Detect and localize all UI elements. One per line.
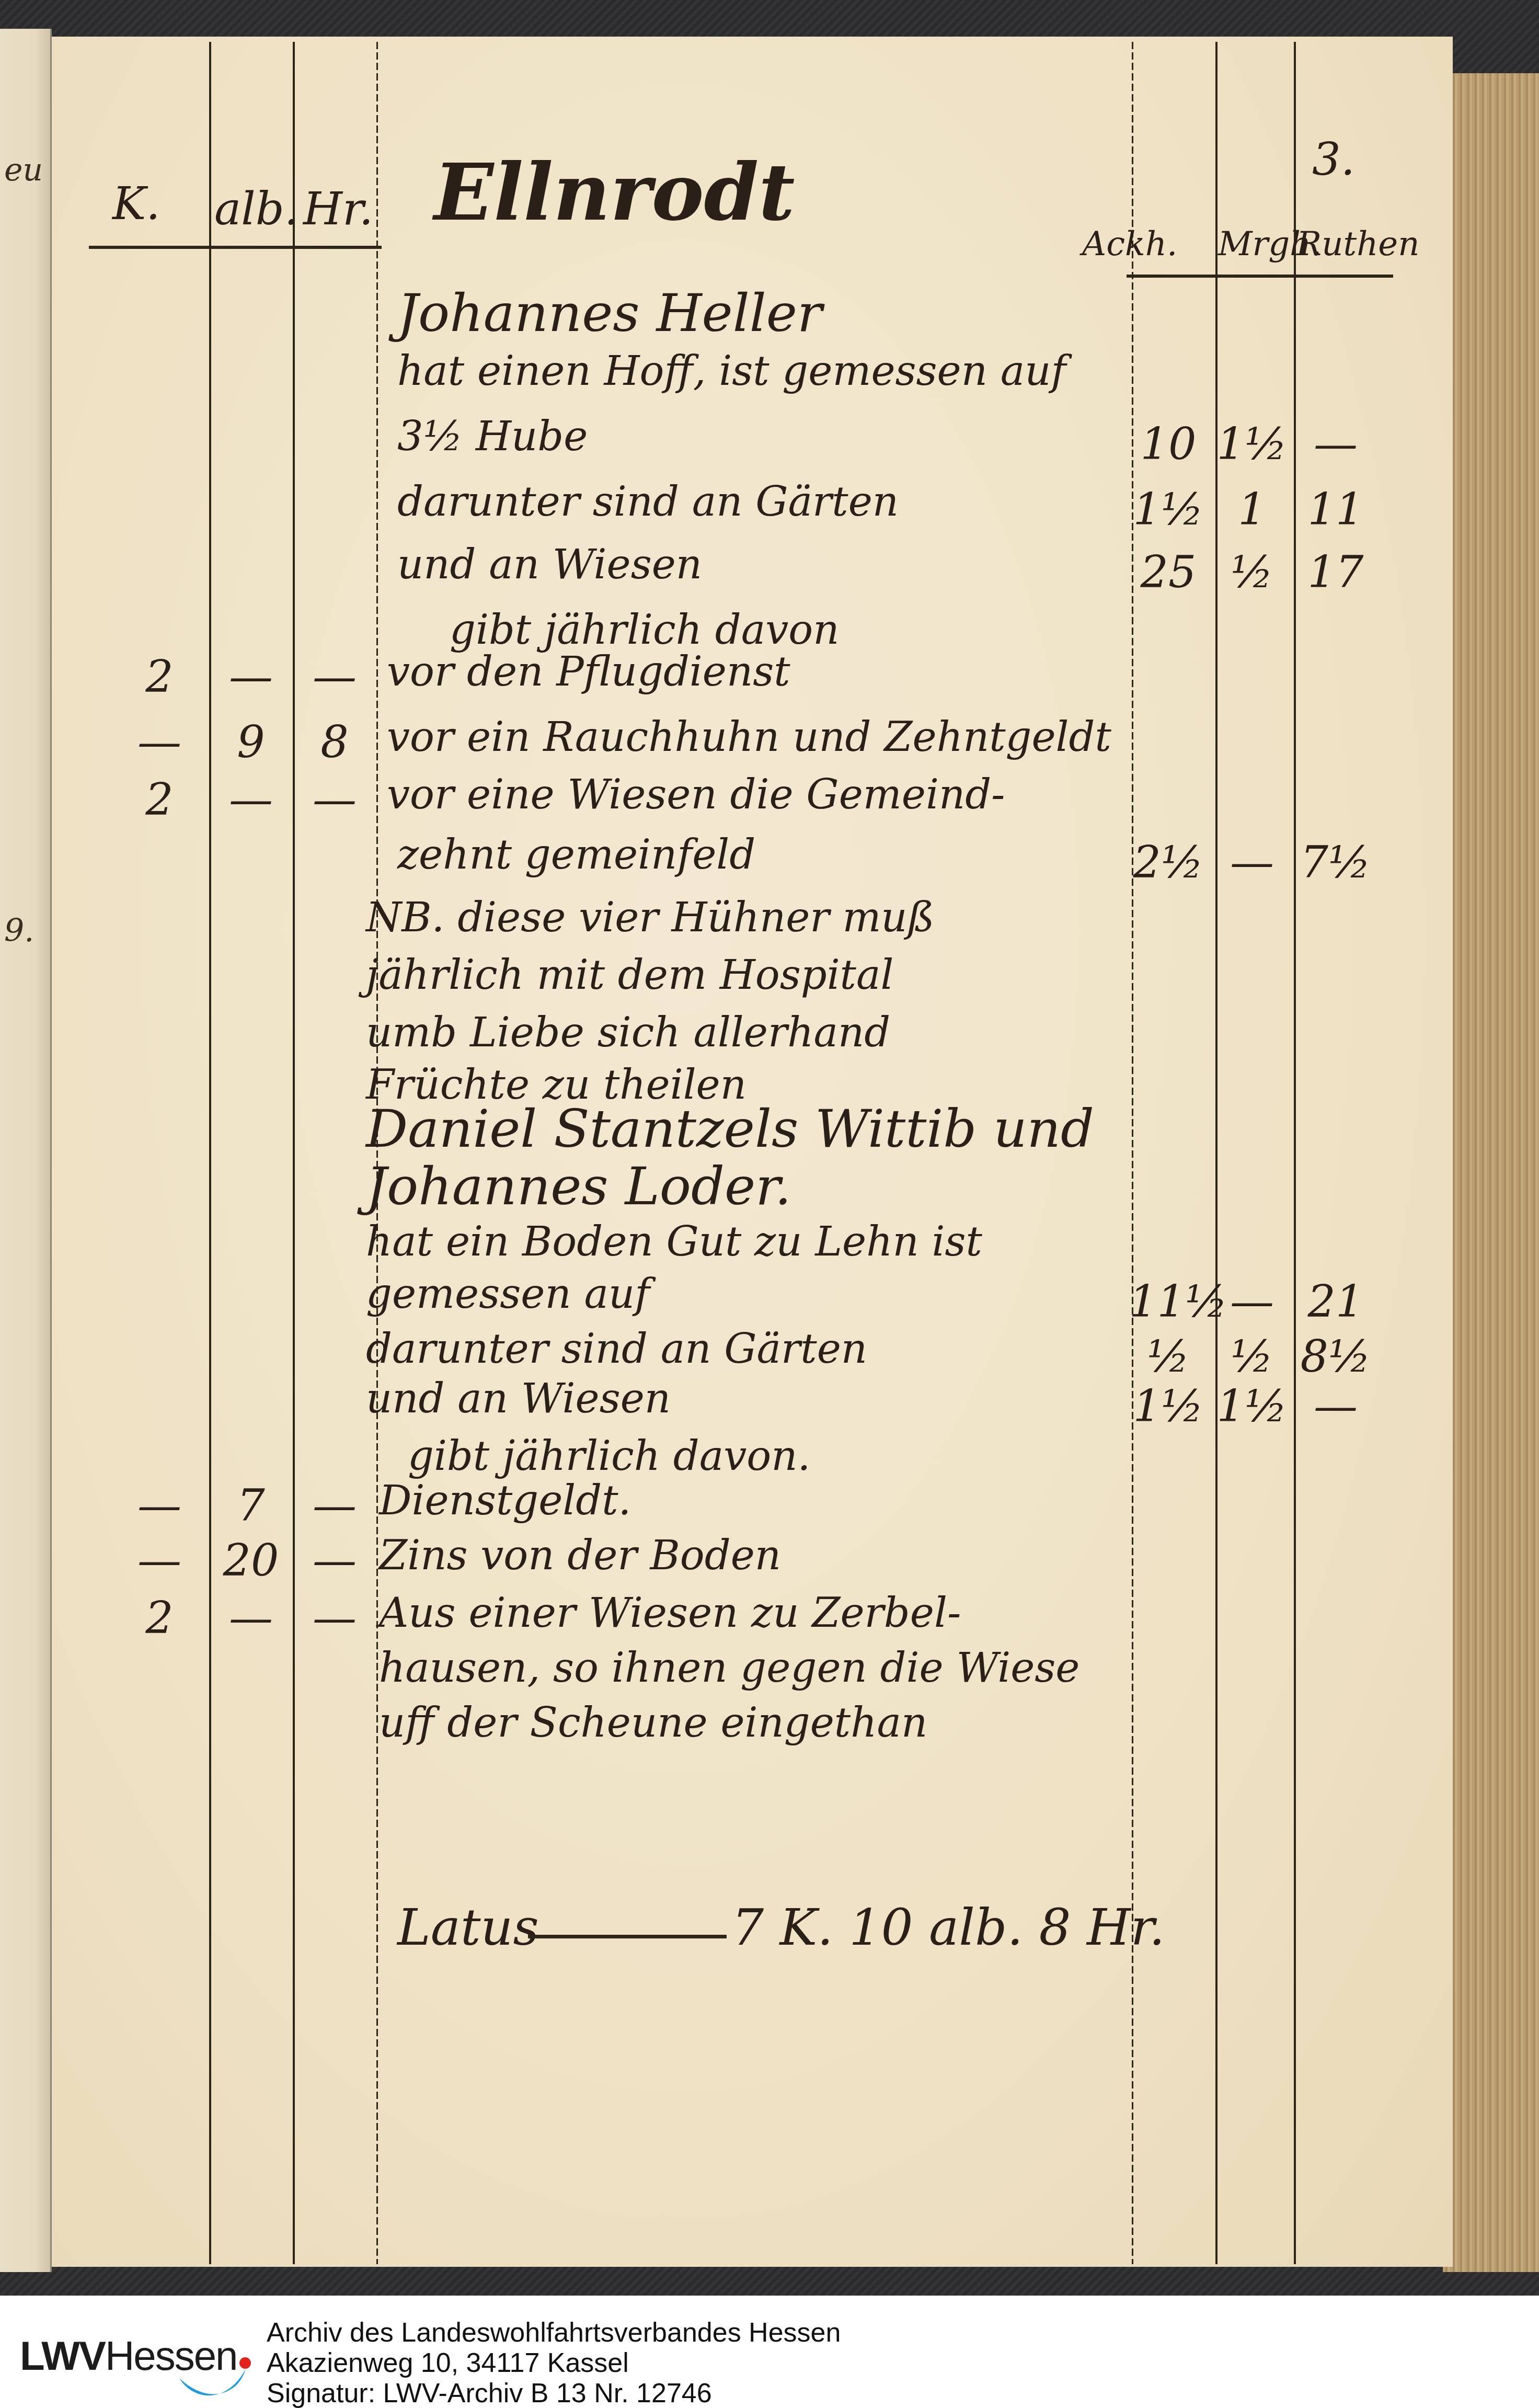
area-acker: 10 [1129,418,1208,470]
area-morgen: ½ [1213,546,1291,598]
header-currency-hr: Hr. [303,183,373,235]
area-acker: 1½ [1129,1380,1208,1432]
facing-page-fragment: eu [4,152,43,188]
amount-k: — [120,1480,199,1531]
amount-hr: — [295,1592,374,1644]
header-area-ruthen: Ruthen [1296,225,1419,264]
area-ruthen: 21 [1296,1276,1375,1327]
area-morgen: — [1213,837,1291,888]
area-ruthen: 17 [1296,546,1375,598]
area-ruthen: 8½ [1296,1331,1375,1382]
amount-hr: — [295,651,374,702]
entry-2-payment-line: Zins von der Boden [379,1532,781,1579]
header-underline-right [1127,275,1393,278]
area-acker: ½ [1129,1331,1208,1382]
archive-address: Archiv des Landeswohlfahrtsverbandes Hes… [267,2318,841,2408]
entry-1-payment-line: vor ein Rauchhuhn und Zehntgeldt [387,714,1111,761]
facing-page-edge: eu 9. [0,29,52,2272]
page-block-edge [1443,73,1539,2272]
entry-1-payment-line: zehnt gemeinfeld [397,831,755,878]
amount-hr: 8 [295,716,374,768]
amount-k: 2 [120,1592,199,1644]
total-label: Latus [397,1898,539,1957]
place-title: Ellnrodt [434,146,795,238]
area-morgen: — [1213,1276,1291,1327]
amount-alb: — [212,651,290,702]
area-ruthen: 11 [1296,484,1375,535]
entry-2-payment-line: Aus einer Wiesen zu Zerbel- [379,1590,961,1637]
total-dash [528,1935,727,1938]
entry-1-holding-line: darunter sind an Gärten [397,478,899,526]
amount-k: 2 [120,651,199,702]
area-acker: 11½ [1129,1276,1208,1327]
header-currency-alb: alb. [214,183,298,235]
entry-1-note-line: jährlich mit dem Hospital [366,952,893,999]
column-rule-acker [1215,42,1218,2264]
area-acker: 25 [1129,546,1208,598]
area-morgen: 1 [1213,484,1291,535]
column-rule-k [209,42,211,2264]
entry-1-holding-line: 3½ Hube [397,413,588,460]
area-morgen: 1½ [1213,418,1291,470]
entry-2-holding-line: und an Wiesen [366,1375,671,1422]
archive-footer: LWVHessen Archiv des Landeswohlfahrtsver… [0,2296,1539,2408]
header-underline-left [89,246,382,249]
entry-2-payment-line: Dienstgeldt. [379,1477,631,1524]
amount-k: — [120,716,199,768]
area-ruthen: — [1296,1380,1375,1432]
column-rule-morgen [1294,42,1296,2264]
entry-2-payments-intro: gibt jährlich davon. [408,1433,810,1480]
entry-1-holding-line: hat einen Hoff, ist gemessen auf [397,348,1066,395]
facing-page-fragment: 9. [4,912,34,949]
entry-2-payment-line: uff der Scheune eingethan [379,1699,927,1747]
amount-alb: — [212,774,290,825]
amount-alb: 9 [212,716,290,768]
amount-hr: — [295,1480,374,1531]
entry-1-payment-line: vor eine Wiesen die Gemeind- [387,771,1005,818]
entry-1-name: Johannes Heller [397,282,822,344]
entry-2-name: Johannes Loder. [366,1156,791,1217]
entry-2-holding-line: darunter sind an Gärten [366,1326,867,1373]
page-number: 3. [1312,133,1355,186]
area-ruthen: — [1296,418,1375,470]
entry-2-holding-line: hat ein Boden Gut zu Lehn ist [366,1218,982,1265]
entry-1-note-line: NB. diese vier Hühner muß [366,894,935,941]
amount-alb: 20 [212,1535,290,1586]
header-area-acker: Ackh. [1082,225,1177,264]
entry-1-payment-line: vor den Pflugdienst [387,648,790,695]
entry-2-holding-line: gemessen auf [366,1271,650,1318]
entry-1-holding-line: und an Wiesen [397,541,702,588]
amount-k: — [120,1535,199,1586]
entry-2-payment-line: hausen, so ihnen gegen die Wiese [379,1645,1080,1692]
amount-alb: — [212,1592,290,1644]
area-acker: 2½ [1129,837,1208,888]
archive-name: Archiv des Landeswohlfahrtsverbandes Hes… [267,2318,841,2348]
column-rule-alb [293,42,295,2264]
amount-alb: 7 [212,1480,290,1531]
total-value: 7 K. 10 alb. 8 Hr. [732,1898,1165,1957]
logo-bold: LWV [20,2333,105,2379]
header-currency-k: K. [112,178,160,230]
amount-hr: — [295,774,374,825]
area-ruthen: 7½ [1296,837,1375,888]
amount-hr: — [295,1535,374,1586]
area-morgen: 1½ [1213,1380,1291,1432]
area-acker: 1½ [1129,484,1208,535]
amount-k: 2 [120,774,199,825]
entry-1-note-line: umb Liebe sich allerhand [366,1009,890,1056]
archive-street: Akazienweg 10, 34117 Kassel [267,2348,841,2378]
lwv-hessen-logo: LWVHessen [20,2327,260,2400]
area-morgen: ½ [1213,1331,1291,1382]
archive-signature: Signatur: LWV-Archiv B 13 Nr. 12746 [267,2378,841,2408]
entry-1-payments-intro: gibt jährlich davon [450,607,839,654]
logo-blue-swoosh-icon [177,2364,250,2403]
entry-2-name: Daniel Stantzels Wittib und [366,1098,1094,1159]
